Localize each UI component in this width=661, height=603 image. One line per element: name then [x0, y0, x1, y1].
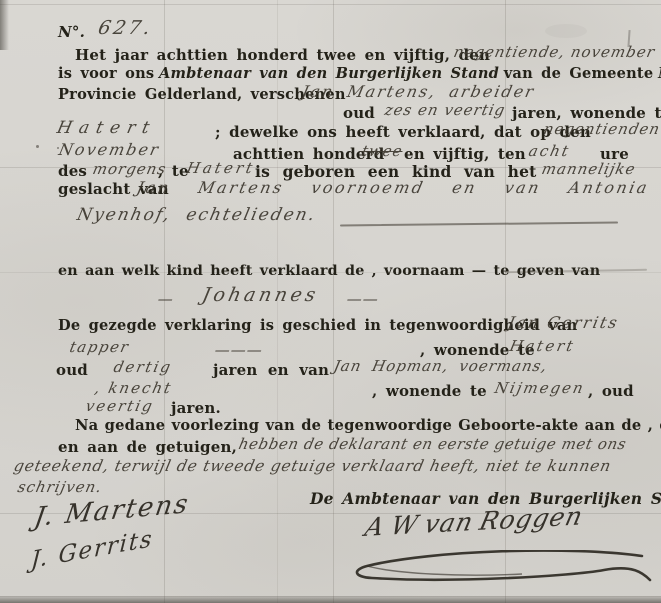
- line-year2-printed-b: en vijftig, ten: [404, 146, 526, 163]
- signature-declarant: J. Martens: [32, 490, 192, 534]
- scan-bottom-edge: [0, 596, 661, 603]
- declarant-residence-hand: Hatert: [55, 119, 158, 139]
- line-age-label-printed: oud: [343, 105, 375, 122]
- closing-hand-2: geteekend, terwijl de tweede getuige ver…: [12, 458, 613, 476]
- line-jaren-en-van-printed: jaren en van: [213, 362, 329, 379]
- birth-year-hand: twee: [360, 143, 404, 160]
- line-wonende2-printed: , wonende te: [372, 383, 487, 400]
- witness2-occupation-hand: , knecht: [93, 380, 174, 397]
- scan-corner-smudge: [0, 0, 9, 50]
- line2-text-b: Ambtenaar van den Burgerlijken Stand: [159, 65, 499, 82]
- witness2-name-hand: Jan Hopman, voermans,: [332, 358, 549, 375]
- birth-month-hand: November: [57, 141, 162, 159]
- line-year-printed: Het jaar achttien honderd twee en vijfti…: [75, 47, 490, 64]
- ink-speck: [36, 145, 39, 148]
- birth-certificate-scan: N°. 627. Het jaar achttien honderd twee …: [0, 0, 661, 603]
- pen-rule: [340, 222, 618, 226]
- birth-place-hand: Hatert: [185, 160, 257, 177]
- signature-witness: J. Gerrits: [30, 526, 154, 575]
- line-date-hand: negentiende, november: [452, 44, 657, 61]
- line2-text-c: van de Gemeente: [504, 65, 654, 82]
- declarant-name-hand: Jan Martens, arbeider: [300, 83, 537, 101]
- line-declaration-printed: ; dewelke ons heeft verklaard, dat op de…: [215, 124, 591, 141]
- birth-day-hand: negentienden: [542, 121, 661, 138]
- witness2-age-hand: veertig: [84, 398, 155, 415]
- witness1-occupation-hand: tapper: [68, 339, 131, 356]
- witness1-age-hand: dertig: [112, 359, 174, 376]
- signature-official: A W van Roggen: [362, 502, 586, 543]
- line-jaren-printed: jaren.: [171, 400, 221, 417]
- witness1-name-hand: Jan Gerrits: [506, 314, 621, 332]
- line-des-printed: des: [58, 163, 87, 180]
- line-closing-printed: Na gedane voorlezing van de tegenwoordig…: [75, 418, 661, 435]
- act-number-label: N°.: [58, 24, 85, 41]
- fold-line-horizontal-1: [0, 4, 661, 5]
- pen-dash: ——: [345, 291, 381, 308]
- mother-surname-hand: Nyenhof, echtelieden.: [75, 206, 318, 226]
- parents-names-hand: Jan Martens voornoemd en van Antonia: [135, 179, 651, 197]
- witness1-residence-hand: Hatert: [508, 338, 577, 355]
- child-name-hand: Johannes: [200, 285, 321, 307]
- line2-text-a: is voor ons: [58, 65, 154, 82]
- line-official-printed: is voor ons Ambtenaar van den Burgerlijk…: [58, 66, 661, 83]
- signature-flourish: [342, 550, 652, 592]
- line-witnesses-printed: De gezegde verklaring is geschied in teg…: [58, 318, 577, 335]
- pen-dash: ———: [213, 342, 265, 359]
- birth-hour-hand: acht: [527, 143, 572, 160]
- closing-hand-1: hebben de deklarant en eerste getuige me…: [237, 436, 628, 453]
- line-getuigen-printed: en aan de getuigen,: [58, 439, 237, 456]
- witness2-residence-hand: Nijmegen: [493, 380, 586, 397]
- declarant-age-hand: zes en veertig: [383, 102, 507, 119]
- line-oud-printed: oud: [56, 362, 88, 379]
- paper-blotch: [545, 24, 587, 38]
- act-number-value: 627.: [96, 18, 155, 40]
- closing-hand-3: schrijven.: [16, 479, 104, 496]
- pen-dash: —: [156, 291, 176, 308]
- child-gender-hand: mannelijke: [540, 161, 637, 178]
- time-of-day-hand: morgens: [91, 161, 168, 178]
- official-title-printed: De Ambtenaar van den Burgerlijken Stand,: [310, 490, 661, 508]
- line-oud2-printed: , oud: [588, 383, 634, 400]
